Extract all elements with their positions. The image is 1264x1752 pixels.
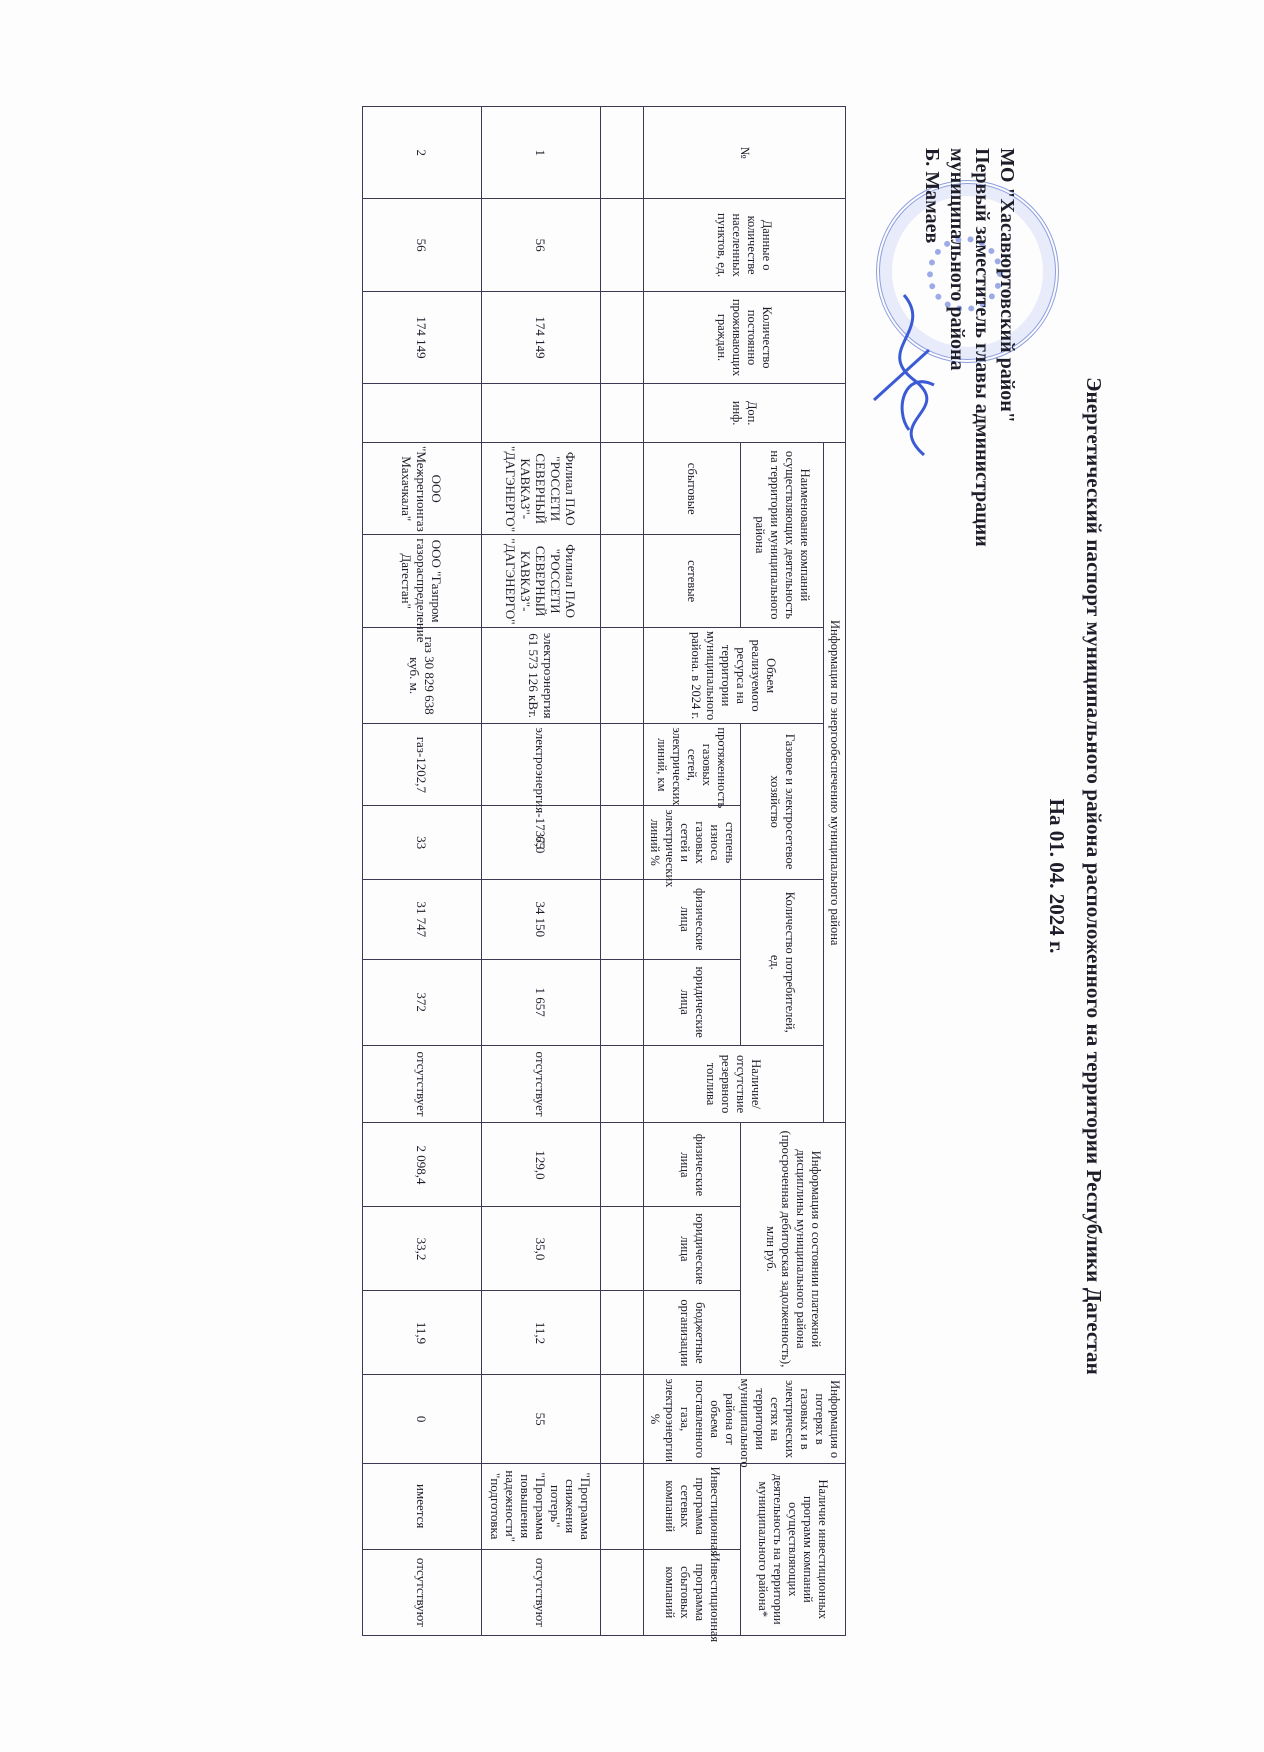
cell-debt-budget: 11,2 <box>482 1291 601 1375</box>
header-companies: Наименование компаний осуществляющих дея… <box>741 443 824 628</box>
header-invest-network: Инвестиционная программа сетевых компани… <box>644 1463 741 1549</box>
cell-individuals: 31 747 <box>363 879 482 959</box>
cell-volume: электроэнергия 61 573 126 кВт. <box>482 627 601 724</box>
header-network-companies: сетевые <box>644 535 741 627</box>
header-sales-companies: сбытовые <box>644 443 741 535</box>
cell-invest-network: имеется <box>363 1463 482 1549</box>
header-debt-legal: юридические лица <box>644 1207 741 1291</box>
cell-debt-individuals: 129,0 <box>482 1123 601 1207</box>
header-debt-budget: бюджетные организации <box>644 1291 741 1375</box>
signature-position-1: Первый заместитель главы администрации <box>969 148 994 547</box>
header-volume: Объем реализуемого ресурса на территории… <box>644 627 824 724</box>
cell-invest-sales: отсутствуют <box>482 1549 601 1635</box>
cell-losses: 55 <box>482 1375 601 1463</box>
cell-length: газ-1202,7 <box>363 724 482 806</box>
table-row: 2 56 174 149 ООО "Межрегионгаз Махачкала… <box>363 107 482 1636</box>
cell-extra <box>363 384 482 443</box>
table-row: 1 56 174 149 Филиал ПАО "РОССЕТИ СЕВЕРНЫ… <box>482 107 601 1636</box>
cell-debt-budget: 11,9 <box>363 1291 482 1375</box>
header-residents: Количество постоянно проживающих граждан… <box>644 291 846 383</box>
header-legal: юридические лица <box>644 959 741 1045</box>
cell-settlements: 56 <box>482 199 601 291</box>
cell-settlements: 56 <box>363 199 482 291</box>
cell-debt-legal: 35,0 <box>482 1207 601 1291</box>
cell-losses: 0 <box>363 1375 482 1463</box>
header-individuals: физические лица <box>644 879 741 959</box>
table-spacer-row <box>601 107 644 1636</box>
energy-passport-table: № Данные о количестве населенных пунктов… <box>362 106 846 1636</box>
cell-legal: 372 <box>363 959 482 1045</box>
signature-org: МО "Хасавюртовский район" <box>994 148 1019 547</box>
cell-invest-network: "Программа снижения потерь" "Программа п… <box>482 1463 601 1549</box>
header-invest-sales: Инвестиционная программа сбытовых компан… <box>644 1549 741 1635</box>
cell-invest-sales: отсутствуют <box>363 1549 482 1635</box>
signature-block: МО "Хасавюртовский район" Первый замести… <box>919 148 1019 547</box>
header-losses: Информация о потерях в газовых и в элект… <box>644 1375 846 1463</box>
header-group-invest: Наличие инвестиционных программ компаний… <box>741 1463 846 1635</box>
header-extra: Доп. инф. <box>644 384 846 443</box>
header-group-energy: Информация по энергообеспечению муниципа… <box>824 443 846 1123</box>
cell-debt-legal: 33,2 <box>363 1207 482 1291</box>
cell-wear: 33 <box>363 806 482 880</box>
cell-debt-individuals: 2 098,4 <box>363 1123 482 1207</box>
signature-position-2: муниципального района <box>944 148 969 547</box>
cell-num: 2 <box>363 107 482 199</box>
header-group-debt: Информация о состоянии платежной дисципл… <box>741 1123 846 1375</box>
cell-sales-company: Филиал ПАО "РОССЕТИ СЕВЕРНЫЙ КАВКАЗ"- "Д… <box>482 443 601 535</box>
cell-legal: 1 657 <box>482 959 601 1045</box>
header-debt-individuals: физические лица <box>644 1123 741 1207</box>
document-page: Энергетический паспорт муниципального ра… <box>0 0 1264 1752</box>
document-title: Энергетический паспорт муниципального ра… <box>1081 0 1106 1752</box>
cell-individuals: 34 150 <box>482 879 601 959</box>
cell-volume: газ 30 829 638 куб. м. <box>363 627 482 724</box>
header-grid-group: Газовое и электросетевое хозяйство <box>741 724 824 879</box>
cell-reserve-fuel: отсутствует <box>482 1045 601 1123</box>
cell-residents: 174 149 <box>363 291 482 383</box>
signature-name: Б. Мамаев <box>919 148 944 547</box>
header-settlements: Данные о количестве населенных пунктов, … <box>644 199 846 291</box>
header-reserve-fuel: Наличие/отсутствие резервного топлива <box>644 1045 824 1123</box>
header-wear: степень износа газовых сетей и электриче… <box>644 806 741 880</box>
cell-network-company: ООО "Газпром газораспределение Дагестан" <box>363 535 482 627</box>
cell-network-company: Филиал ПАО "РОССЕТИ СЕВЕРНЫЙ КАВКАЗ"- "Д… <box>482 535 601 627</box>
cell-sales-company: ООО "Межрегионгаз Махачкала" <box>363 443 482 535</box>
cell-residents: 174 149 <box>482 291 601 383</box>
cell-num: 1 <box>482 107 601 199</box>
header-consumers-group: Количество потребителей, ед. <box>741 879 824 1045</box>
cell-length: электроэнергия-1737,0 <box>482 724 601 806</box>
cell-extra <box>482 384 601 443</box>
header-num: № <box>644 107 846 199</box>
header-length: протяженность газовых сетей, электрическ… <box>644 724 741 806</box>
cell-reserve-fuel: отсутствует <box>363 1045 482 1123</box>
